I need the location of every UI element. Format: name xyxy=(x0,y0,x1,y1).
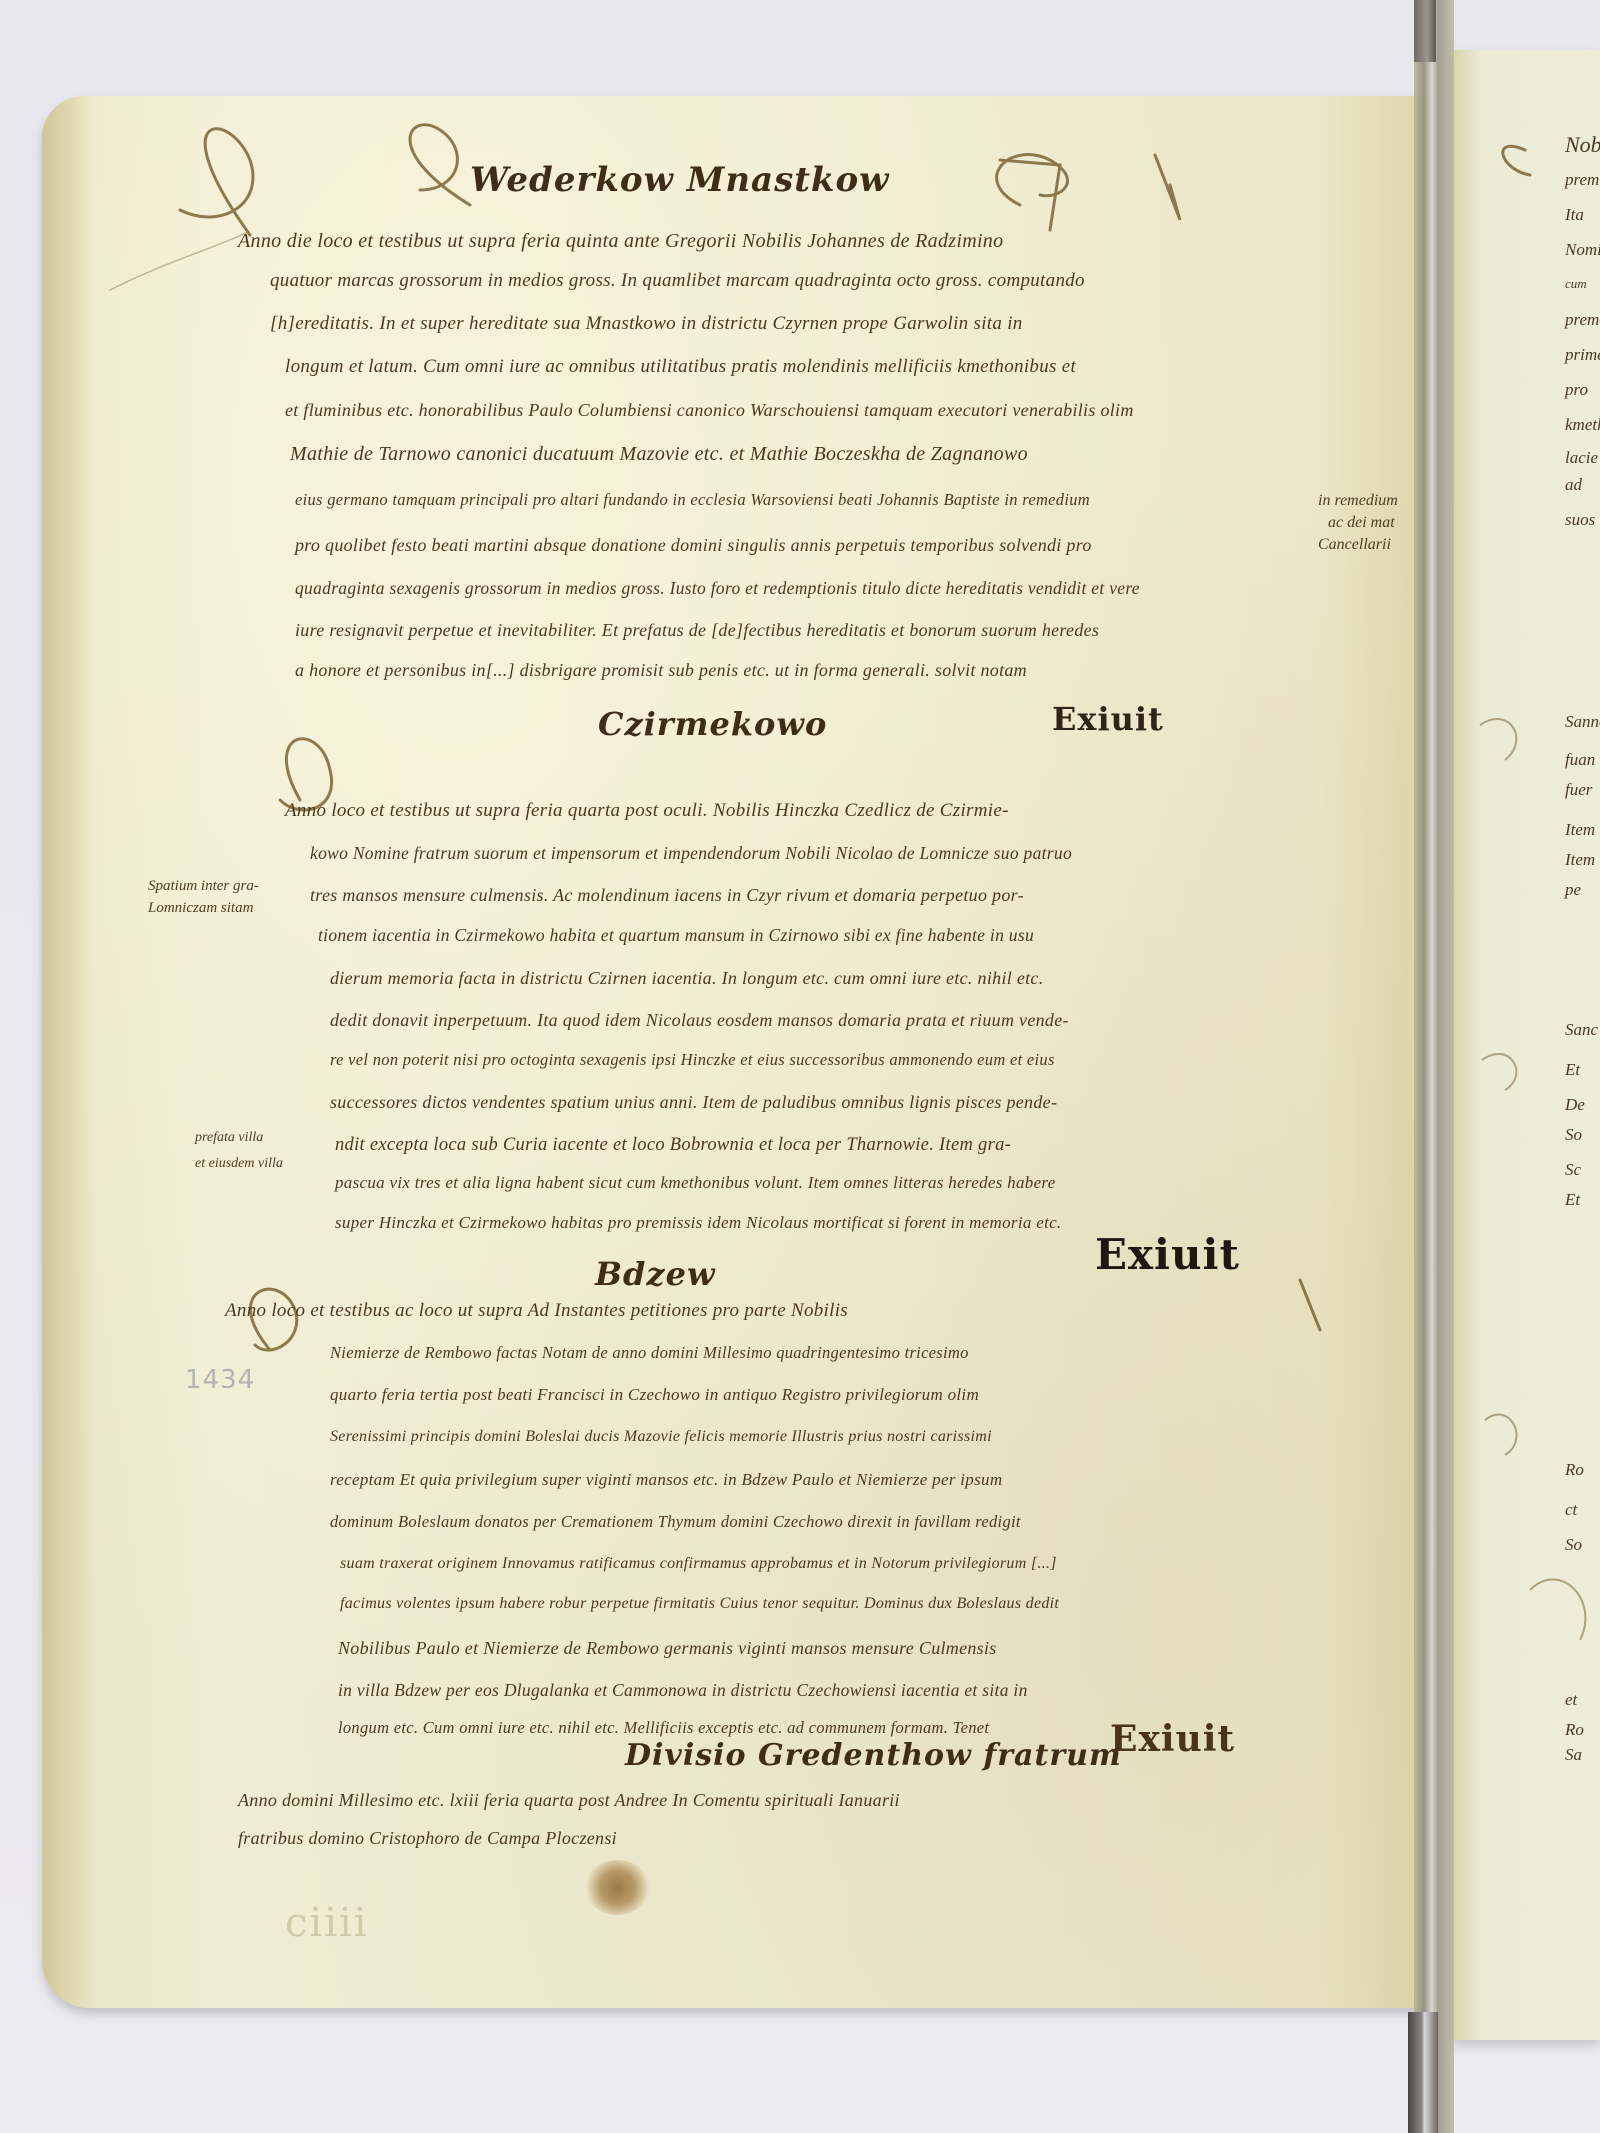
text-line: Anno die loco et testibus ut supra feria… xyxy=(238,230,1003,253)
pencil-folio-number: 1434 xyxy=(185,1365,255,1395)
text-line: tionem iacentia in Czirmekowo habita et … xyxy=(318,925,1034,946)
margin-note: Spatium inter gra- Lomniczam sitam xyxy=(148,875,259,919)
text-line: Niemierze de Rembowo factas Notam de ann… xyxy=(330,1343,969,1363)
text-line: pro quolibet festo beati martini absque … xyxy=(295,535,1092,556)
text-line: dierum memoria facta in districtu Czirne… xyxy=(330,968,1044,989)
ghost-mark: ciiii xyxy=(285,1900,369,1946)
status-label: Exiuit xyxy=(1095,1230,1240,1279)
text-line: dedit donavit inperpetuum. Ita quod idem… xyxy=(330,1010,1069,1031)
text-line: ndit excepta loca sub Curia iacente et l… xyxy=(335,1135,1011,1156)
text-line: super Hinczka et Czirmekowo habitas pro … xyxy=(335,1213,1061,1233)
text-line: iure resignavit perpetue et inevitabilit… xyxy=(295,620,1099,641)
status-label: Exiuit xyxy=(1052,700,1164,738)
text-line: et fluminibus etc. honorabilibus Paulo C… xyxy=(285,400,1134,421)
text-line: a honore et personibus in[...] disbrigar… xyxy=(295,660,1027,681)
text-line: longum etc. Cum omni iure etc. nihil etc… xyxy=(338,1718,989,1738)
text-line: Mathie de Tarnowo canonici ducatuum Mazo… xyxy=(290,443,1028,466)
text-line: Nobilibus Paulo et Niemierze de Rembowo … xyxy=(338,1638,997,1659)
text-line: quatuor marcas grossorum in medios gross… xyxy=(270,270,1085,292)
entry-heading: Divisio Gredenthow fratrum xyxy=(625,1738,1122,1773)
text-line: longum et latum. Cum omni iure ac omnibu… xyxy=(285,356,1076,378)
text-line: quadraginta sexagenis grossorum in medio… xyxy=(295,578,1140,599)
text-line: Anno loco et testibus ut supra feria qua… xyxy=(285,800,1009,822)
text-line: facimus volentes ipsum habere robur perp… xyxy=(340,1595,1059,1613)
margin-note: prefata villa et eiusdem villa xyxy=(195,1125,283,1177)
text-line: dominum Boleslaum donatos per Crematione… xyxy=(330,1512,1021,1532)
status-label: Exiuit xyxy=(1110,1718,1235,1760)
text-line: fratribus domino Cristophoro de Campa Pl… xyxy=(238,1828,617,1849)
entry-heading: Bdzew xyxy=(595,1255,716,1293)
text-line: [h]ereditatis. In et super hereditate su… xyxy=(270,313,1023,335)
binding-clamp-top xyxy=(1414,0,1436,62)
text-line: receptam Et quia privilegium super vigin… xyxy=(330,1470,1002,1490)
text-line: successores dictos vendentes spatium uni… xyxy=(330,1092,1057,1113)
entry-heading: Czirmekowo xyxy=(598,705,827,743)
text-line: Anno loco et testibus ac loco ut supra A… xyxy=(225,1300,848,1322)
text-line: quarto feria tertia post beati Francisci… xyxy=(330,1385,979,1405)
text-line: Anno domini Millesimo etc. lxiii feria q… xyxy=(238,1790,900,1811)
entry-heading: Wederkow Mnastkow xyxy=(470,160,889,200)
text-line: re vel non poterit nisi pro octoginta se… xyxy=(330,1050,1055,1070)
binding-clamp-bottom xyxy=(1408,2012,1438,2133)
text-line: suam traxerat originem Innovamus ratific… xyxy=(340,1555,1057,1573)
text-line: in villa Bdzew per eos Dlugalanka et Cam… xyxy=(338,1680,1028,1701)
text-line: kowo Nomine fratrum suorum et impensorum… xyxy=(310,843,1072,864)
text-line: tres mansos mensure culmensis. Ac molend… xyxy=(310,885,1024,906)
text-line: pascua vix tres et alia ligna habent sic… xyxy=(335,1173,1056,1193)
book-gutter xyxy=(1414,0,1454,2133)
text-line: eius germano tamquam principali pro alta… xyxy=(295,490,1090,510)
ink-stain xyxy=(585,1860,650,1915)
margin-note: in remedium ac dei mat Cancellarii xyxy=(1318,490,1398,556)
text-line: Serenissimi principis domini Boleslai du… xyxy=(330,1428,992,1446)
